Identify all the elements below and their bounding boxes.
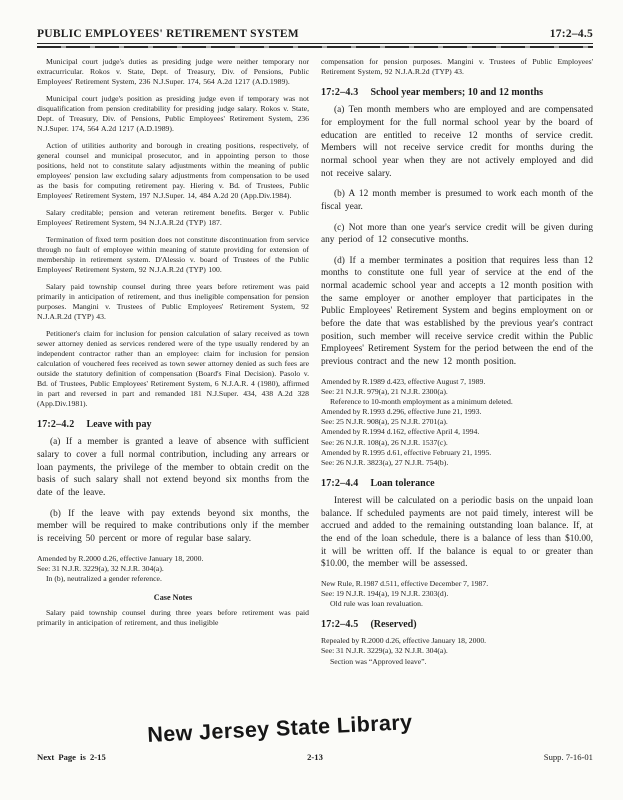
- footer-page-number: 2-13: [222, 752, 407, 762]
- two-column-layout: Municipal court judge's duties as presid…: [37, 57, 593, 673]
- library-stamp: New Jersey State Library: [147, 710, 413, 748]
- header-section-number: 17:2–4.5: [550, 28, 593, 40]
- right-column: compensation for pension purposes. Mangi…: [321, 57, 593, 673]
- body-paragraph: (a) Ten month members who are employed a…: [321, 104, 593, 180]
- section-heading: 17:2–4.5(Reserved): [321, 619, 593, 630]
- section-title: (Reserved): [370, 619, 416, 630]
- history-line: Amended by R.2000 d.26, effective Januar…: [37, 554, 309, 564]
- section-number: 17:2–4.2: [37, 419, 74, 430]
- section-number: 17:2–4.5: [321, 619, 358, 630]
- case-notes-label: Case Notes: [37, 593, 309, 602]
- case-note-paragraph: Termination of fixed term position does …: [37, 235, 309, 275]
- history-note: Amended by R.1989 d.423, effective Augus…: [321, 377, 593, 468]
- body-paragraph: (d) If a member terminates a position th…: [321, 255, 593, 369]
- section-number: 17:2–4.3: [321, 87, 358, 98]
- history-line: Amended by R.1995 d.61, effective Februa…: [321, 448, 593, 458]
- section-title: Loan tolerance: [370, 478, 434, 489]
- header-rule-thin: [37, 43, 593, 44]
- history-line: Reference to 10-month employment as a mi…: [321, 397, 593, 407]
- history-line: See: 31 N.J.R. 3229(a), 32 N.J.R. 304(a)…: [37, 564, 309, 574]
- document-page: PUBLIC EMPLOYEES' RETIREMENT SYSTEM 17:2…: [0, 0, 623, 800]
- history-line: See: 25 N.J.R. 908(a), 25 N.J.R. 2701(a)…: [321, 417, 593, 427]
- page-footer: Next Page is 2-15 2-13 Supp. 7-16-01: [37, 752, 593, 762]
- section-title: School year members; 10 and 12 months: [370, 87, 543, 98]
- history-line: See: 21 N.J.R. 979(a), 21 N.J.R. 2300(a)…: [321, 387, 593, 397]
- case-note-paragraph: Action of utilities authority and boroug…: [37, 141, 309, 201]
- body-paragraph: (c) Not more than one year's service cre…: [321, 222, 593, 247]
- section-heading: 17:2–4.2Leave with pay: [37, 419, 309, 430]
- history-line: Section was “Approved leave”.: [321, 657, 593, 667]
- history-note: Repealed by R.2000 d.26, effective Janua…: [321, 636, 593, 666]
- footer-supplement: Supp. 7-16-01: [408, 752, 593, 762]
- history-line: Amended by R.1993 d.296, effective June …: [321, 407, 593, 417]
- section-number: 17:2–4.4: [321, 478, 358, 489]
- history-line: Repealed by R.2000 d.26, effective Janua…: [321, 636, 593, 646]
- history-line: See: 26 N.J.R. 3823(a), 27 N.J.R. 754(b)…: [321, 458, 593, 468]
- history-line: Amended by R.1989 d.423, effective Augus…: [321, 377, 593, 387]
- case-note-paragraph: Municipal court judge's position as pres…: [37, 94, 309, 134]
- history-line: Old rule was loan revaluation.: [321, 599, 593, 609]
- history-line: New Rule, R.1987 d.511, effective Decemb…: [321, 579, 593, 589]
- case-note-paragraph: Salary paid township counsel during thre…: [37, 608, 309, 628]
- body-paragraph: (b) A 12 month member is presumed to wor…: [321, 188, 593, 213]
- header-rule-thick: [37, 46, 593, 49]
- running-header: PUBLIC EMPLOYEES' RETIREMENT SYSTEM 17:2…: [37, 28, 593, 40]
- case-note-paragraph: Municipal court judge's duties as presid…: [37, 57, 309, 87]
- history-line: See: 19 N.J.R. 194(a), 19 N.J.R. 2303(d)…: [321, 589, 593, 599]
- history-line: See: 31 N.J.R. 3229(a), 32 N.J.R. 304(a)…: [321, 646, 593, 656]
- section-heading: 17:2–4.3School year members; 10 and 12 m…: [321, 87, 593, 98]
- case-note-paragraph: compensation for pension purposes. Mangi…: [321, 57, 593, 77]
- left-column: Municipal court judge's duties as presid…: [37, 57, 309, 673]
- history-line: Amended by R.1994 d.162, effective April…: [321, 427, 593, 437]
- case-note-paragraph: Petitioner's claim for inclusion for pen…: [37, 329, 309, 409]
- case-note-paragraph: Salary paid township counsel during thre…: [37, 282, 309, 322]
- page-content: PUBLIC EMPLOYEES' RETIREMENT SYSTEM 17:2…: [37, 28, 593, 674]
- history-note: Amended by R.2000 d.26, effective Januar…: [37, 554, 309, 584]
- footer-next-page: Next Page is 2-15: [37, 752, 222, 762]
- history-note: New Rule, R.1987 d.511, effective Decemb…: [321, 579, 593, 609]
- body-paragraph: Interest will be calculated on a periodi…: [321, 495, 593, 571]
- section-heading: 17:2–4.4Loan tolerance: [321, 478, 593, 489]
- case-note-paragraph: Salary creditable; pension and veteran r…: [37, 208, 309, 228]
- body-paragraph: (b) If the leave with pay extends beyond…: [37, 508, 309, 546]
- body-paragraph: (a) If a member is granted a leave of ab…: [37, 436, 309, 499]
- history-line: In (b), neutralized a gender reference.: [37, 574, 309, 584]
- section-title: Leave with pay: [86, 419, 151, 430]
- header-title: PUBLIC EMPLOYEES' RETIREMENT SYSTEM: [37, 28, 299, 40]
- history-line: See: 26 N.J.R. 108(a), 26 N.J.R. 1537(c)…: [321, 438, 593, 448]
